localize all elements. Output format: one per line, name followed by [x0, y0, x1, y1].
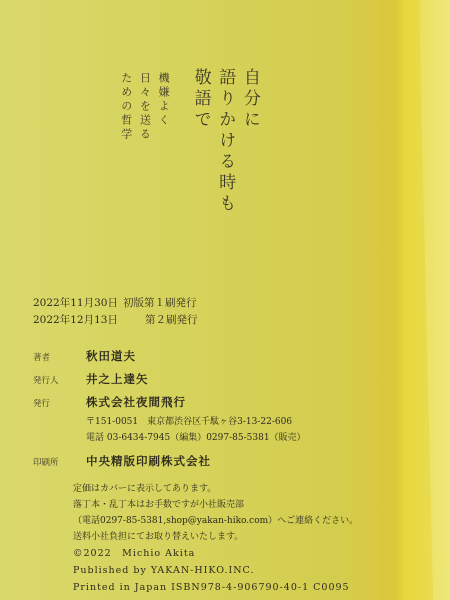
author-name: 秋田道夫 — [86, 348, 136, 364]
history-row: 2022年12月13日 第２刷発行 — [33, 312, 198, 329]
subtitle-line-1: 機嫌よく — [157, 72, 170, 128]
subtitle-line-2: 日々を送る — [138, 72, 151, 142]
credit-publisher: 発行 株式会社夜間飛行 — [33, 394, 306, 410]
publisher-person-name: 井之上達矢 — [86, 371, 149, 387]
credit-author: 著者 秋田道夫 — [33, 348, 306, 364]
history-date: 2022年12月13日 — [33, 312, 123, 329]
note-line: 送料小社負担にてお取り替えいたします。 — [73, 529, 358, 545]
note-line: （電話0297-85-5381,shop@yakan-hiko.com）へご連絡… — [73, 513, 358, 529]
printer-name: 中央精版印刷株式会社 — [86, 453, 211, 469]
title-line-2: 語りかける時も — [215, 68, 235, 215]
title-line-1: 自分に — [240, 68, 260, 131]
title-line-3: 敬語で — [191, 68, 211, 131]
publisher-phone: 電話 03-6434-7945（編集）0297-85-5381（販売） — [86, 430, 306, 446]
printed-isbn: Printed in Japan ISBN978-4-906790-40-1 C… — [73, 579, 358, 596]
notes: 定価はカバーに表示してあります。 落丁本・乱丁本はお手数ですが小社販売部 （電話… — [73, 481, 358, 596]
credit-printer: 印刷所 中央精版印刷株式会社 — [33, 453, 306, 469]
history-date: 2022年11月30日 — [33, 295, 123, 312]
printer-label: 印刷所 — [33, 456, 86, 468]
history-event: 第２刷発行 — [123, 312, 198, 329]
book-subtitle: 機嫌よく 日々を送る ための哲学 — [116, 72, 172, 182]
note-line: 定価はカバーに表示してあります。 — [73, 481, 358, 497]
published-by: Published by YAKAN-HIKO.INC. — [73, 562, 358, 579]
publisher-label: 発行 — [33, 397, 86, 409]
credits: 著者 秋田道夫 発行人 井之上達矢 発行 株式会社夜間飛行 〒151-0051 … — [33, 348, 306, 476]
publisher-person-label: 発行人 — [33, 374, 86, 386]
note-line: 落丁本・乱丁本はお手数ですが小社販売部 — [73, 497, 358, 513]
history-event: 初版第１刷発行 — [123, 295, 197, 312]
page-edge — [410, 0, 450, 600]
publisher-address: 〒151-0051 東京都渋谷区千駄ヶ谷3-13-22-606 — [86, 414, 306, 430]
publisher-contact: 〒151-0051 東京都渋谷区千駄ヶ谷3-13-22-606 電話 03-64… — [86, 414, 306, 446]
publication-history: 2022年11月30日 初版第１刷発行 2022年12月13日 第２刷発行 — [33, 295, 198, 329]
subtitle-line-3: ための哲学 — [120, 72, 133, 142]
history-row: 2022年11月30日 初版第１刷発行 — [33, 295, 198, 312]
credit-publisher-person: 発行人 井之上達矢 — [33, 371, 306, 387]
book-title: 自分に 語りかける時も 敬語で — [188, 68, 262, 268]
publisher-name: 株式会社夜間飛行 — [86, 394, 186, 410]
author-label: 著者 — [33, 351, 86, 363]
copyright: ©2022 Michio Akita — [73, 545, 358, 562]
